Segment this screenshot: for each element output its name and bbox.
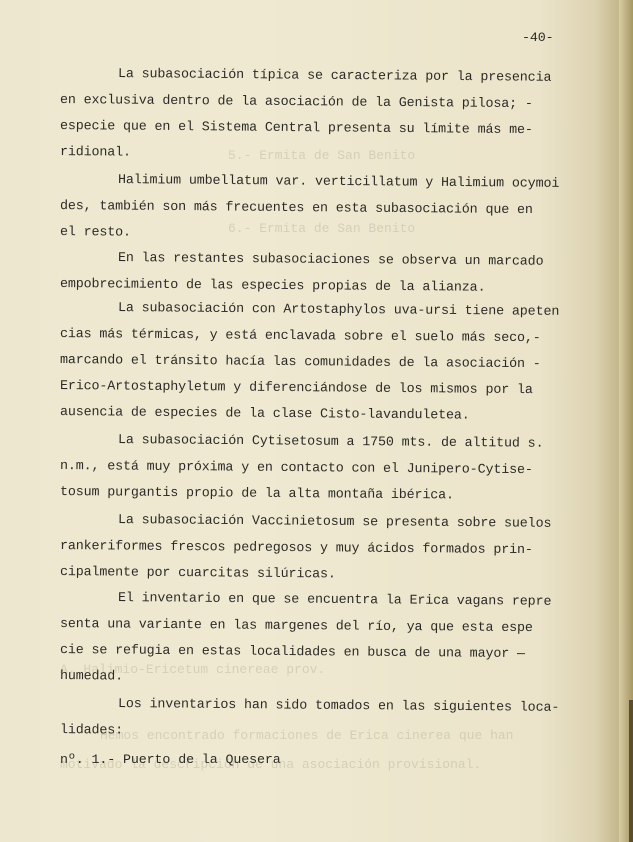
- text-line: La subasociación típica se caracteriza p…: [118, 66, 551, 85]
- text-line: lidades:: [60, 722, 123, 738]
- text-line: La subasociación Vaccinietosum se presen…: [118, 512, 551, 531]
- locality-item: nº. 1.- Puerto de la Quesera: [60, 752, 281, 767]
- text-line: ausencia de especies de la clase Cisto-l…: [60, 404, 470, 423]
- text-line: tosum purgantis propio de la alta montañ…: [60, 484, 454, 502]
- text-line: empobrecimiento de las especies propias …: [60, 276, 486, 295]
- text-line: des, también son más frecuentes en esta …: [60, 198, 533, 217]
- text-line: cie se refugia en estas localidades en b…: [60, 642, 525, 661]
- text-line: La subasociación con Artostaphylos uva-u…: [118, 300, 559, 319]
- text-line: humedad.: [60, 668, 123, 684]
- text-line: senta una variante en las margenes del r…: [60, 616, 533, 635]
- text-line: el resto.: [60, 224, 131, 240]
- text-line: ridional.: [60, 144, 131, 160]
- document-page: 5.- Ermita de San Benito 6.- Ermita de S…: [0, 0, 633, 842]
- text-line: cias más térmicas, y está enclavada sobr…: [60, 326, 541, 345]
- text-line: rankeriformes frescos pedregosos y muy á…: [60, 538, 533, 557]
- text-line: en exclusiva dentro de la asociación de …: [60, 92, 533, 111]
- page-number: -40-: [522, 30, 554, 45]
- text-line: Los inventarios han sido tomados en las …: [118, 696, 559, 715]
- text-line: especie que en el Sistema Central presen…: [60, 118, 533, 137]
- text-line: Halimium umbellatum var. verticillatum y…: [118, 172, 559, 191]
- text-line: El inventario en que se encuentra la Eri…: [118, 590, 551, 609]
- text-line: La subasociación Cytisetosum a 1750 mts.…: [118, 432, 544, 451]
- show-through-text: Hemos encontrado formaciones de Erica ci…: [100, 728, 513, 743]
- text-line: En las restantes subasociaciones se obse…: [118, 250, 544, 269]
- show-through-text: 5.- Ermita de San Benito: [228, 148, 415, 163]
- show-through-text: 6.- Ermita de San Benito: [228, 221, 415, 236]
- text-line: marcando el tránsito hacía las comunidad…: [60, 352, 541, 371]
- text-line: n.m., está muy próxima y en contacto con…: [60, 458, 533, 477]
- binding-shadow: [629, 700, 633, 842]
- text-line: Erico-Artostaphyletum y diferenciándose …: [60, 378, 533, 397]
- text-line: cipalmente por cuarcitas silúricas.: [60, 564, 336, 581]
